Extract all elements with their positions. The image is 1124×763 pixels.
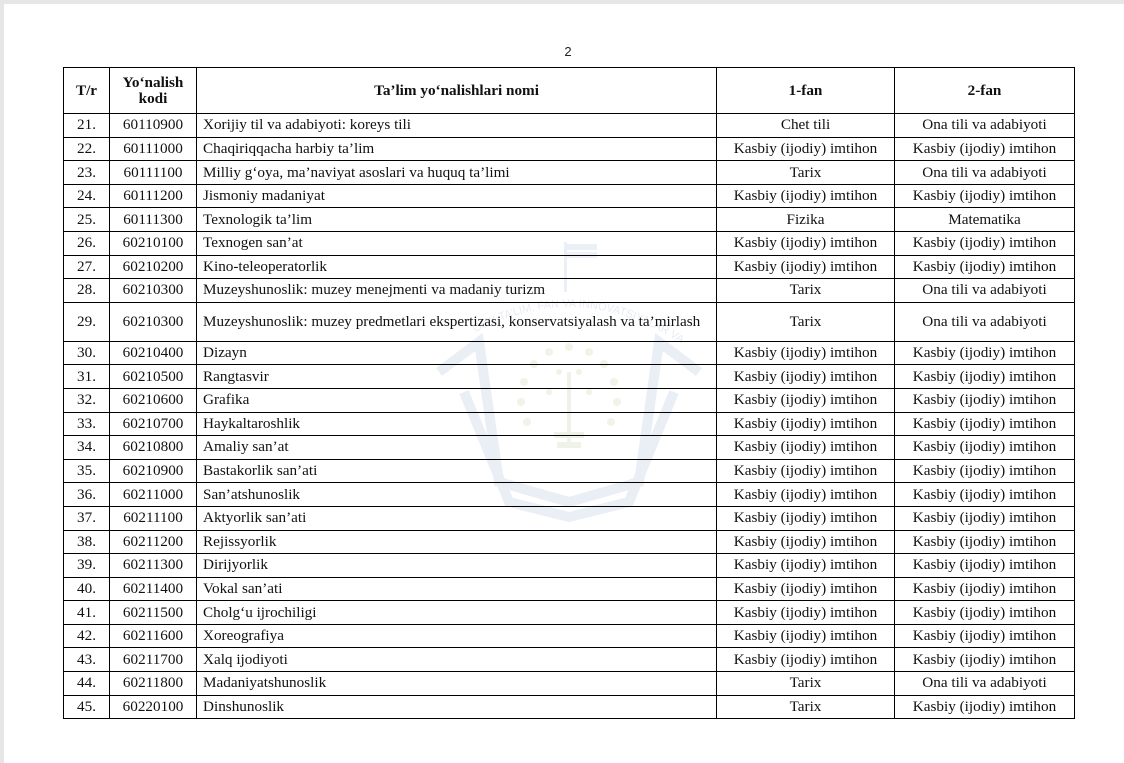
direction-code-cell: 60211800 bbox=[110, 672, 197, 696]
header-subject-2: 2-fan bbox=[895, 68, 1075, 114]
row-number-cell: 39. bbox=[64, 554, 110, 578]
subject-2-cell: Ona tili va adabiyoti bbox=[895, 672, 1075, 696]
table-row: 37.60211100Aktyorlik san’atiKasbiy (ijod… bbox=[64, 506, 1075, 530]
row-number-cell: 28. bbox=[64, 279, 110, 303]
direction-name-cell: Xorijiy til va adabiyoti: koreys tili bbox=[197, 114, 717, 138]
subject-1-cell: Fizika bbox=[717, 208, 895, 232]
direction-name-cell: Aktyorlik san’ati bbox=[197, 506, 717, 530]
row-number-cell: 30. bbox=[64, 341, 110, 365]
subject-2-cell: Kasbiy (ijodiy) imtihon bbox=[895, 341, 1075, 365]
direction-name-cell: Amaliy san’at bbox=[197, 436, 717, 460]
subject-2-cell: Matematika bbox=[895, 208, 1075, 232]
table-row: 36.60211000San’atshunoslikKasbiy (ijodiy… bbox=[64, 483, 1075, 507]
subject-2-cell: Ona tili va adabiyoti bbox=[895, 279, 1075, 303]
table-row: 39.60211300DirijyorlikKasbiy (ijodiy) im… bbox=[64, 554, 1075, 578]
subject-2-cell: Kasbiy (ijodiy) imtihon bbox=[895, 412, 1075, 436]
table-row: 33.60210700HaykaltaroshlikKasbiy (ijodiy… bbox=[64, 412, 1075, 436]
row-number-cell: 34. bbox=[64, 436, 110, 460]
subject-1-cell: Kasbiy (ijodiy) imtihon bbox=[717, 255, 895, 279]
table-row: 32.60210600GrafikaKasbiy (ijodiy) imtiho… bbox=[64, 388, 1075, 412]
subject-2-cell: Kasbiy (ijodiy) imtihon bbox=[895, 506, 1075, 530]
subject-2-cell: Kasbiy (ijodiy) imtihon bbox=[895, 648, 1075, 672]
direction-name-cell: Vokal san’ati bbox=[197, 577, 717, 601]
table-row: 23.60111100Milliy g‘oya, ma’naviyat asos… bbox=[64, 161, 1075, 185]
row-number-cell: 23. bbox=[64, 161, 110, 185]
direction-code-cell: 60111000 bbox=[110, 137, 197, 161]
row-number-cell: 24. bbox=[64, 184, 110, 208]
table-row: 35.60210900Bastakorlik san’atiKasbiy (ij… bbox=[64, 459, 1075, 483]
row-number-cell: 40. bbox=[64, 577, 110, 601]
direction-code-cell: 60211700 bbox=[110, 648, 197, 672]
direction-name-cell: Cholg‘u ijrochiligi bbox=[197, 601, 717, 625]
subject-1-cell: Kasbiy (ijodiy) imtihon bbox=[717, 601, 895, 625]
subject-2-cell: Kasbiy (ijodiy) imtihon bbox=[895, 695, 1075, 719]
direction-name-cell: Jismoniy madaniyat bbox=[197, 184, 717, 208]
direction-code-cell: 60111100 bbox=[110, 161, 197, 185]
row-number-cell: 41. bbox=[64, 601, 110, 625]
table-row: 43.60211700Xalq ijodiyotiKasbiy (ijodiy)… bbox=[64, 648, 1075, 672]
study-directions-table: T/r Yo‘nalishkodi Ta’lim yo‘nalishlari n… bbox=[63, 67, 1075, 719]
direction-code-cell: 60210200 bbox=[110, 255, 197, 279]
subject-2-cell: Kasbiy (ijodiy) imtihon bbox=[895, 577, 1075, 601]
direction-code-cell: 60211400 bbox=[110, 577, 197, 601]
subject-1-cell: Kasbiy (ijodiy) imtihon bbox=[717, 388, 895, 412]
row-number-cell: 33. bbox=[64, 412, 110, 436]
table-row: 45.60220100DinshunoslikTarixKasbiy (ijod… bbox=[64, 695, 1075, 719]
direction-name-cell: Dinshunoslik bbox=[197, 695, 717, 719]
table-row: 25.60111300Texnologik ta’limFizikaMatema… bbox=[64, 208, 1075, 232]
subject-1-cell: Kasbiy (ijodiy) imtihon bbox=[717, 341, 895, 365]
table-row: 21.60110900Xorijiy til va adabiyoti: kor… bbox=[64, 114, 1075, 138]
direction-name-cell: Milliy g‘oya, ma’naviyat asoslari va huq… bbox=[197, 161, 717, 185]
row-number-cell: 21. bbox=[64, 114, 110, 138]
direction-code-cell: 60210300 bbox=[110, 279, 197, 303]
direction-name-cell: Muzeyshunoslik: muzey predmetlari eksper… bbox=[197, 302, 717, 341]
subject-2-cell: Kasbiy (ijodiy) imtihon bbox=[895, 530, 1075, 554]
subject-1-cell: Kasbiy (ijodiy) imtihon bbox=[717, 577, 895, 601]
subject-1-cell: Kasbiy (ijodiy) imtihon bbox=[717, 436, 895, 460]
subject-2-cell: Kasbiy (ijodiy) imtihon bbox=[895, 388, 1075, 412]
direction-code-cell: 60211500 bbox=[110, 601, 197, 625]
direction-code-cell: 60210600 bbox=[110, 388, 197, 412]
subject-1-cell: Kasbiy (ijodiy) imtihon bbox=[717, 365, 895, 389]
direction-name-cell: Haykaltaroshlik bbox=[197, 412, 717, 436]
direction-code-cell: 60210900 bbox=[110, 459, 197, 483]
subject-2-cell: Kasbiy (ijodiy) imtihon bbox=[895, 255, 1075, 279]
direction-name-cell: San’atshunoslik bbox=[197, 483, 717, 507]
subject-1-cell: Chet tili bbox=[717, 114, 895, 138]
row-number-cell: 29. bbox=[64, 302, 110, 341]
direction-name-cell: Chaqiriqqacha harbiy ta’lim bbox=[197, 137, 717, 161]
table-row: 29.60210300Muzeyshunoslik: muzey predmet… bbox=[64, 302, 1075, 341]
subject-1-cell: Kasbiy (ijodiy) imtihon bbox=[717, 554, 895, 578]
direction-name-cell: Muzeyshunoslik: muzey menejmenti va mada… bbox=[197, 279, 717, 303]
direction-code-cell: 60211100 bbox=[110, 506, 197, 530]
row-number-cell: 32. bbox=[64, 388, 110, 412]
direction-code-cell: 60211000 bbox=[110, 483, 197, 507]
row-number-cell: 35. bbox=[64, 459, 110, 483]
subject-1-cell: Kasbiy (ijodiy) imtihon bbox=[717, 648, 895, 672]
row-number-cell: 37. bbox=[64, 506, 110, 530]
row-number-cell: 44. bbox=[64, 672, 110, 696]
subject-2-cell: Kasbiy (ijodiy) imtihon bbox=[895, 624, 1075, 648]
table-row: 40.60211400Vokal san’atiKasbiy (ijodiy) … bbox=[64, 577, 1075, 601]
row-number-cell: 42. bbox=[64, 624, 110, 648]
subject-2-cell: Kasbiy (ijodiy) imtihon bbox=[895, 554, 1075, 578]
subject-2-cell: Kasbiy (ijodiy) imtihon bbox=[895, 601, 1075, 625]
subject-1-cell: Kasbiy (ijodiy) imtihon bbox=[717, 530, 895, 554]
direction-code-cell: 60110900 bbox=[110, 114, 197, 138]
header-subject-1: 1-fan bbox=[717, 68, 895, 114]
subject-1-cell: Tarix bbox=[717, 672, 895, 696]
subject-2-cell: Kasbiy (ijodiy) imtihon bbox=[895, 184, 1075, 208]
direction-code-cell: 60111200 bbox=[110, 184, 197, 208]
subject-2-cell: Kasbiy (ijodiy) imtihon bbox=[895, 137, 1075, 161]
subject-2-cell: Kasbiy (ijodiy) imtihon bbox=[895, 483, 1075, 507]
subject-1-cell: Tarix bbox=[717, 695, 895, 719]
row-number-cell: 45. bbox=[64, 695, 110, 719]
direction-name-cell: Texnogen san’at bbox=[197, 231, 717, 255]
table-row: 42.60211600XoreografiyaKasbiy (ijodiy) i… bbox=[64, 624, 1075, 648]
subject-1-cell: Kasbiy (ijodiy) imtihon bbox=[717, 184, 895, 208]
direction-name-cell: Xoreografiya bbox=[197, 624, 717, 648]
direction-name-cell: Rangtasvir bbox=[197, 365, 717, 389]
table-row: 34.60210800Amaliy san’atKasbiy (ijodiy) … bbox=[64, 436, 1075, 460]
subject-2-cell: Ona tili va adabiyoti bbox=[895, 161, 1075, 185]
subject-1-cell: Kasbiy (ijodiy) imtihon bbox=[717, 459, 895, 483]
direction-name-cell: Dirijyorlik bbox=[197, 554, 717, 578]
table-row: 28.60210300Muzeyshunoslik: muzey menejme… bbox=[64, 279, 1075, 303]
subject-1-cell: Kasbiy (ijodiy) imtihon bbox=[717, 483, 895, 507]
direction-name-cell: Xalq ijodiyoti bbox=[197, 648, 717, 672]
table-row: 31.60210500RangtasvirKasbiy (ijodiy) imt… bbox=[64, 365, 1075, 389]
row-number-cell: 27. bbox=[64, 255, 110, 279]
subject-1-cell: Kasbiy (ijodiy) imtihon bbox=[717, 412, 895, 436]
direction-name-cell: Rejissyorlik bbox=[197, 530, 717, 554]
table-row: 44.60211800MadaniyatshunoslikTarixOna ti… bbox=[64, 672, 1075, 696]
subject-1-cell: Tarix bbox=[717, 161, 895, 185]
direction-code-cell: 60211600 bbox=[110, 624, 197, 648]
subject-2-cell: Kasbiy (ijodiy) imtihon bbox=[895, 459, 1075, 483]
direction-name-cell: Kino-teleoperatorlik bbox=[197, 255, 717, 279]
page-number: 2 bbox=[4, 44, 1124, 59]
direction-name-cell: Bastakorlik san’ati bbox=[197, 459, 717, 483]
subject-1-cell: Kasbiy (ijodiy) imtihon bbox=[717, 137, 895, 161]
subject-1-cell: Tarix bbox=[717, 279, 895, 303]
direction-code-cell: 60220100 bbox=[110, 695, 197, 719]
header-name: Ta’lim yo‘nalishlari nomi bbox=[197, 68, 717, 114]
direction-name-cell: Madaniyatshunoslik bbox=[197, 672, 717, 696]
subject-2-cell: Kasbiy (ijodiy) imtihon bbox=[895, 436, 1075, 460]
direction-name-cell: Texnologik ta’lim bbox=[197, 208, 717, 232]
direction-code-cell: 60210300 bbox=[110, 302, 197, 341]
row-number-cell: 22. bbox=[64, 137, 110, 161]
subject-1-cell: Kasbiy (ijodiy) imtihon bbox=[717, 506, 895, 530]
table-row: 27.60210200Kino-teleoperatorlikKasbiy (i… bbox=[64, 255, 1075, 279]
table-row: 24.60111200Jismoniy madaniyatKasbiy (ijo… bbox=[64, 184, 1075, 208]
subject-2-cell: Kasbiy (ijodiy) imtihon bbox=[895, 365, 1075, 389]
row-number-cell: 25. bbox=[64, 208, 110, 232]
table-row: 30.60210400DizaynKasbiy (ijodiy) imtihon… bbox=[64, 341, 1075, 365]
header-number: T/r bbox=[64, 68, 110, 114]
direction-code-cell: 60210100 bbox=[110, 231, 197, 255]
table-row: 26.60210100Texnogen san’atKasbiy (ijodiy… bbox=[64, 231, 1075, 255]
table-header-row: T/r Yo‘nalishkodi Ta’lim yo‘nalishlari n… bbox=[64, 68, 1075, 114]
direction-name-cell: Grafika bbox=[197, 388, 717, 412]
table-body: 21.60110900Xorijiy til va adabiyoti: kor… bbox=[64, 114, 1075, 719]
direction-code-cell: 60211200 bbox=[110, 530, 197, 554]
row-number-cell: 38. bbox=[64, 530, 110, 554]
direction-code-cell: 60210800 bbox=[110, 436, 197, 460]
subject-1-cell: Kasbiy (ijodiy) imtihon bbox=[717, 624, 895, 648]
direction-code-cell: 60210400 bbox=[110, 341, 197, 365]
row-number-cell: 43. bbox=[64, 648, 110, 672]
direction-code-cell: 60111300 bbox=[110, 208, 197, 232]
direction-code-cell: 60210500 bbox=[110, 365, 197, 389]
direction-name-cell: Dizayn bbox=[197, 341, 717, 365]
document-page: 2 OLIY TA’LIM, FAN VA INNOVATSIYALAR VAZ… bbox=[4, 4, 1124, 763]
table-row: 41.60211500Cholg‘u ijrochiligiKasbiy (ij… bbox=[64, 601, 1075, 625]
subject-1-cell: Tarix bbox=[717, 302, 895, 341]
subject-2-cell: Ona tili va adabiyoti bbox=[895, 114, 1075, 138]
row-number-cell: 31. bbox=[64, 365, 110, 389]
header-code: Yo‘nalishkodi bbox=[110, 68, 197, 114]
table-row: 38.60211200RejissyorlikKasbiy (ijodiy) i… bbox=[64, 530, 1075, 554]
table-row: 22.60111000Chaqiriqqacha harbiy ta’limKa… bbox=[64, 137, 1075, 161]
subject-2-cell: Kasbiy (ijodiy) imtihon bbox=[895, 231, 1075, 255]
direction-code-cell: 60210700 bbox=[110, 412, 197, 436]
row-number-cell: 36. bbox=[64, 483, 110, 507]
direction-code-cell: 60211300 bbox=[110, 554, 197, 578]
subject-2-cell: Ona tili va adabiyoti bbox=[895, 302, 1075, 341]
row-number-cell: 26. bbox=[64, 231, 110, 255]
subject-1-cell: Kasbiy (ijodiy) imtihon bbox=[717, 231, 895, 255]
